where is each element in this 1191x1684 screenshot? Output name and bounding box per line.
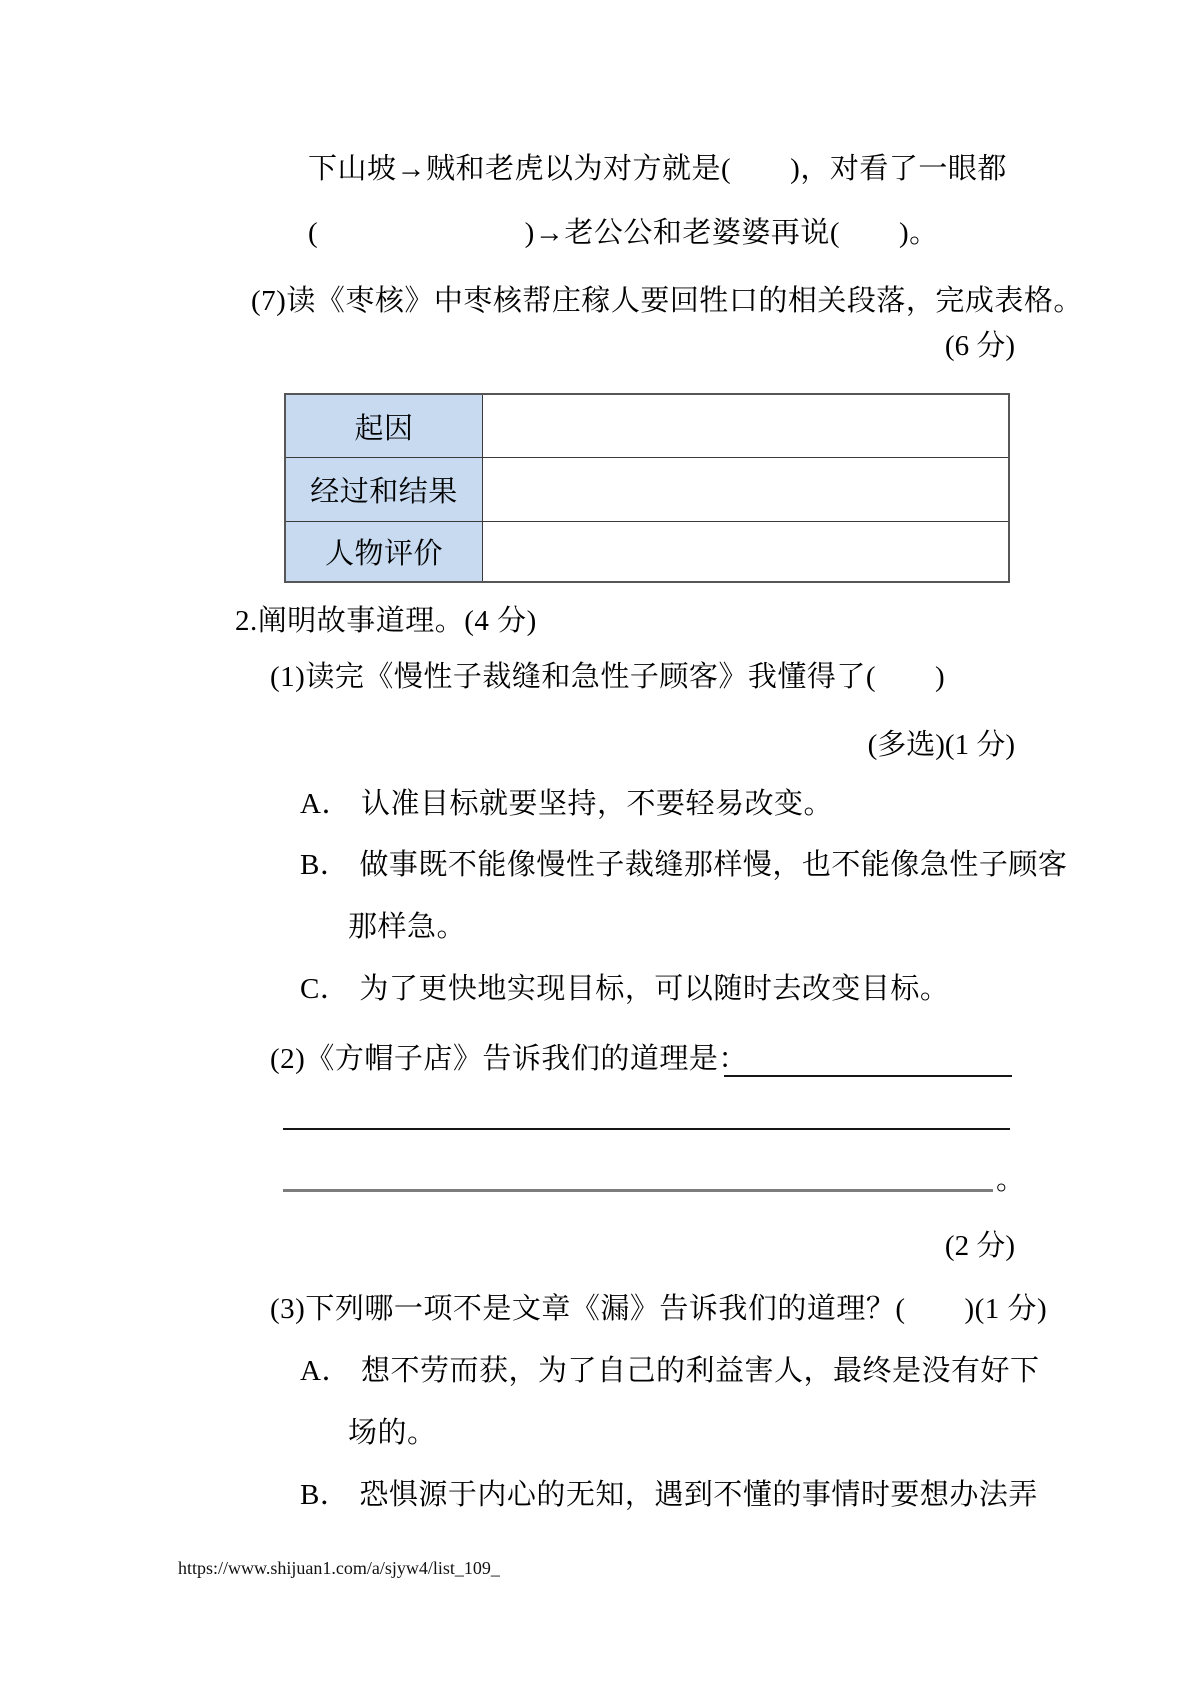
option-a-label: A． (300, 1355, 351, 1387)
answer-blank-line (283, 1189, 993, 1192)
table-row: 起因 (285, 394, 1009, 458)
option-a-text: 认准目标就要坚持，不要轻易改变。 (351, 788, 833, 820)
option-b-text: 做事既不能像慢性子裁缝那样慢，也不能像急性子顾客 (349, 849, 1067, 881)
option-b: B．恐惧源于内心的无知，遇到不懂的事情时要想办法弄 (300, 1477, 1038, 1513)
question-7-prompt: (7)读《枣核》中枣核帮庄稼人要回牲口的相关段落，完成表格。 (251, 283, 1083, 319)
option-b: B．做事既不能像慢性子裁缝那样慢，也不能像急性子顾客 (300, 847, 1067, 883)
option-b-text: 恐惧源于内心的无知，遇到不懂的事情时要想办法弄 (349, 1479, 1038, 1511)
question-2-title: 2.阐明故事道理。(4 分) (235, 603, 537, 639)
passage-flow-line-1: 下山坡→贼和老虎以为对方就是( )，对看了一眼都 (308, 151, 1007, 187)
exam-paper-page: 下山坡→贼和老虎以为对方就是( )，对看了一眼都 ( )→老公公和老婆婆再说( … (0, 0, 1191, 1684)
table-row-label: 经过和结果 (285, 458, 483, 522)
table-answer-cell (483, 394, 1010, 458)
question-2-3-prompt: (3)下列哪一项不是文章《漏》告诉我们的道理？( )(1 分) (270, 1291, 1047, 1327)
table-row-label: 起因 (285, 394, 483, 458)
option-c-text: 为了更快地实现目标，可以随时去改变目标。 (349, 973, 949, 1005)
source-url: https://www.shijuan1.com/a/sjyw4/list_10… (178, 1556, 500, 1580)
option-b-wrap-line: 那样急。 (348, 909, 466, 945)
passage-flow-line-2: ( )→老公公和老婆婆再说( )。 (308, 215, 939, 251)
option-a: A．想不劳而获，为了自己的利益害人，最终是没有好下 (300, 1353, 1039, 1389)
question-2-1-note: (多选)(1 分) (868, 727, 1015, 763)
table-answer-cell (483, 522, 1010, 583)
option-a-label: A． (300, 788, 351, 820)
option-a-text: 想不劳而获，为了自己的利益害人，最终是没有好下 (351, 1355, 1040, 1387)
question-2-2-prompt: (2)《方帽子店》告诉我们的道理是： (270, 1041, 748, 1077)
option-c: C．为了更快地实现目标，可以随时去改变目标。 (300, 971, 949, 1007)
option-a-wrap-line: 场的。 (348, 1415, 437, 1451)
question-2-1-prompt: (1)读完《慢性子裁缝和急性子顾客》我懂得了( ) (270, 659, 945, 695)
question-2-2-score: (2 分) (945, 1228, 1015, 1264)
table-row: 人物评价 (285, 522, 1009, 583)
option-b-label: B． (300, 849, 349, 881)
answer-blank-line (283, 1128, 1010, 1130)
option-c-label: C． (300, 973, 349, 1005)
sentence-period: 。 (996, 1162, 1026, 1198)
option-b-label: B． (300, 1479, 349, 1511)
option-a: A．认准目标就要坚持，不要轻易改变。 (300, 786, 833, 822)
table-row: 经过和结果 (285, 458, 1009, 522)
question-7-score: (6 分) (945, 328, 1015, 364)
table-answer-cell (483, 458, 1010, 522)
answer-table: 起因 经过和结果 人物评价 (284, 393, 1010, 583)
table-row-label: 人物评价 (285, 522, 483, 583)
answer-blank-line (724, 1075, 1012, 1077)
